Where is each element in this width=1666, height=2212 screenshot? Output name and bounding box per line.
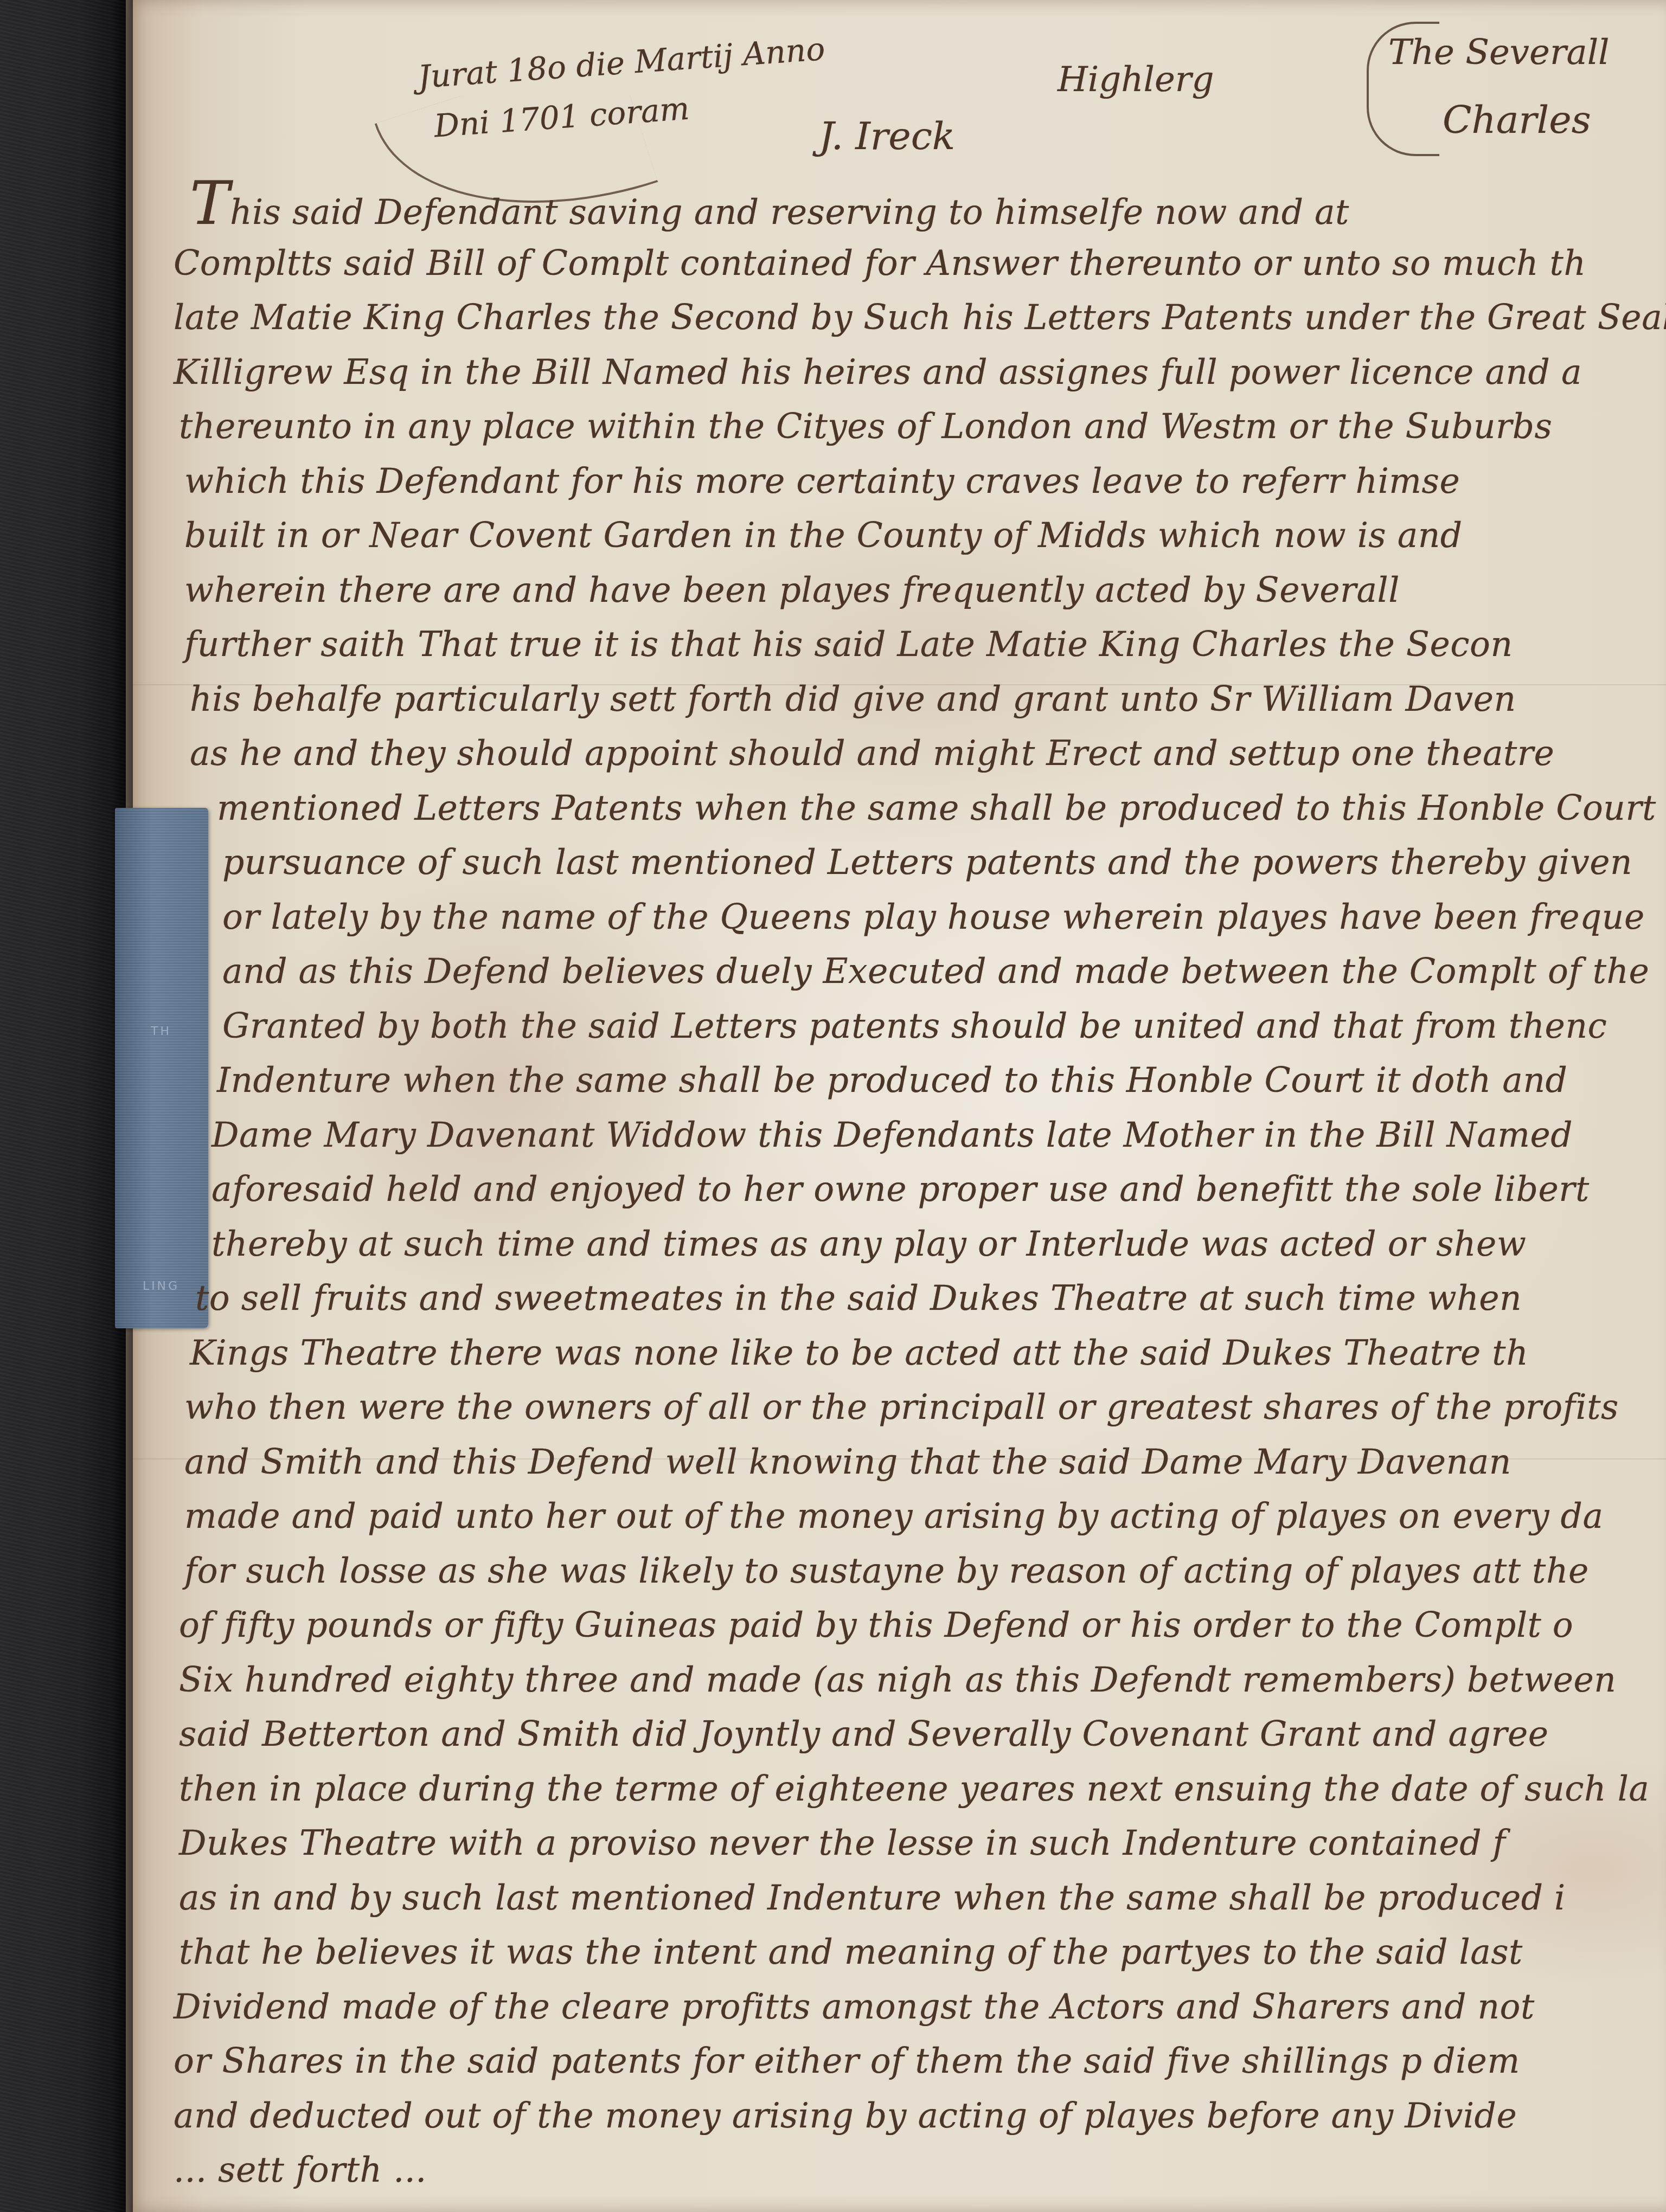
text-line: that he believes it was the intent and m… <box>163 1925 1666 1980</box>
text-line: Six hundred eighty three and made (as ni… <box>163 1653 1666 1708</box>
text-line: further saith That true it is that his s… <box>163 618 1666 672</box>
clerk-signature: J. Ireck <box>819 114 955 158</box>
text-line: wherein there are and have been playes f… <box>163 563 1666 618</box>
text-line: to sell fruits and sweetmeates in the sa… <box>163 1271 1666 1326</box>
text-line: said Betterton and Smith did Joyntly and… <box>163 1707 1666 1762</box>
text-line: Granted by both the said Letters patents… <box>163 999 1666 1054</box>
text-line: thereunto in any place within the Cityes… <box>163 400 1666 454</box>
initial-capital: T <box>190 169 230 238</box>
text-line: Dividend made of the cleare profitts amo… <box>163 1980 1666 2035</box>
text-line: as he and they should appoint should and… <box>163 726 1666 781</box>
text-line-partial: ... sett forth ... <box>163 2143 1666 2198</box>
text-line: Kings Theatre there was none like to be … <box>163 1326 1666 1381</box>
text-line: made and paid unto her out of the money … <box>163 1489 1666 1544</box>
heading-line-2: Charles <box>1443 98 1591 142</box>
text-line: who then were the owners of all or the p… <box>163 1380 1666 1435</box>
text-line: then in place during the terme of eighte… <box>163 1762 1666 1817</box>
text-line: and as this Defend believes duely Execut… <box>163 944 1666 999</box>
text-line: Killigrew Esq in the Bill Named his heir… <box>163 345 1666 400</box>
text-line-1: This said Defendant saving and reserving… <box>163 182 1666 236</box>
text-line: as in and by such last mentioned Indentu… <box>163 1871 1666 1926</box>
heading-line-1: The Severall <box>1388 33 1610 73</box>
text-line: for such losse as she was likely to sust… <box>163 1544 1666 1599</box>
text-line: mentioned Letters Patents when the same … <box>163 781 1666 836</box>
text-line: Dame Mary Davenant Widdow this Defendant… <box>163 1108 1666 1163</box>
text-line: or Shares in the said patents for either… <box>163 2034 1666 2089</box>
text-line: aforesaid held and enjoyed to her owne p… <box>163 1162 1666 1217</box>
text-line: his behalfe particularly sett forth did … <box>163 672 1666 727</box>
text-line: or lately by the name of the Queens play… <box>163 890 1666 945</box>
text-line: late Matie King Charles the Second by Su… <box>163 291 1666 345</box>
text-line: of fifty pounds or fifty Guineas paid by… <box>163 1598 1666 1653</box>
answer-body: This said Defendant saving and reserving… <box>163 182 1666 2198</box>
text-line: which this Defendant for his more certai… <box>163 454 1666 509</box>
text-line: pursuance of such last mentioned Letters… <box>163 835 1666 890</box>
text-line: Compltts said Bill of Complt contained f… <box>163 236 1666 291</box>
text-line: and Smith and this Defend well knowing t… <box>163 1435 1666 1490</box>
signature-highlerg: Highlerg <box>1058 60 1214 100</box>
text-line: Dukes Theatre with a proviso never the l… <box>163 1816 1666 1871</box>
text-line: thereby at such time and times as any pl… <box>163 1217 1666 1272</box>
text-line: Indenture when the same shall be produce… <box>163 1053 1666 1108</box>
text-line: and deducted out of the money arising by… <box>163 2089 1666 2144</box>
text-line: built in or Near Covent Garden in the Co… <box>163 509 1666 563</box>
